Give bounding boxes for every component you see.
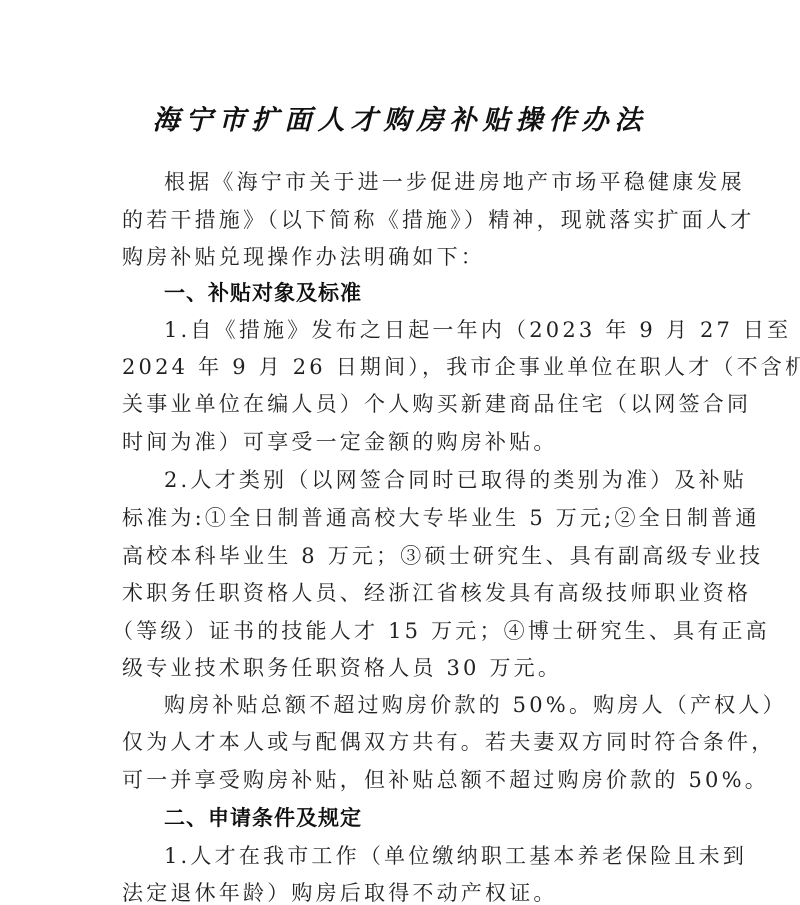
s1-item2-line-3: 高校本科毕业生 8 万元；③硕士研究生、具有副高级专业技 <box>122 542 682 570</box>
s1-item1-line-3: 关事业单位在编人员）个人购买新建商品住宅（以网签合同 <box>122 390 682 418</box>
intro-line-2: 的若干措施》（以下简称《措施》）精神，现就落实扩面人才 <box>122 206 682 234</box>
document-title: 海宁市扩面人才购房补贴操作办法 <box>0 98 800 137</box>
s1-note-line-2: 仅为人才本人或与配偶双方共有。若夫妻双方同时符合条件， <box>122 728 682 756</box>
s2-item1-line-2: 法定退休年龄）购房后取得不动产权证。 <box>122 879 682 905</box>
section-2-heading: 二、申请条件及规定 <box>164 804 682 832</box>
s1-item2-line-6: 级专业技术职务任职资格人员 30 万元。 <box>122 654 682 682</box>
s1-item2-line-5: （等级）证书的技能人才 15 万元；④博士研究生、具有正高 <box>112 617 672 645</box>
section-1-heading: 一、补贴对象及标准 <box>164 279 682 307</box>
s1-item2-line-2: 标准为:①全日制普通高校大专毕业生 5 万元;②全日制普通 <box>122 504 682 532</box>
s1-item1-line-2: 2024 年 9 月 26 日期间），我市企事业单位在职人才（不含机 <box>122 353 682 381</box>
s1-item1-line-1: 1.自《措施》发布之日起一年内（2023 年 9 月 27 日至 <box>164 316 682 344</box>
s1-item1-line-4: 时间为准）可享受一定金额的购房补贴。 <box>122 428 682 456</box>
s1-item2-line-1: 2.人才类别（以网签合同时已取得的类别为准）及补贴 <box>164 466 682 494</box>
s1-note-line-1: 购房补贴总额不超过购房价款的 50%。购房人（产权人） <box>164 691 682 719</box>
intro-line-1: 根据《海宁市关于进一步促进房地产市场平稳健康发展 <box>164 168 682 196</box>
s1-item2-line-4: 术职务任职资格人员、经浙江省核发具有高级技师职业资格 <box>122 579 682 607</box>
s2-item1-line-1: 1.人才在我市工作（单位缴纳职工基本养老保险且未到 <box>164 842 682 870</box>
intro-line-3: 购房补贴兑现操作办法明确如下： <box>122 243 682 271</box>
s1-note-line-3: 可一并享受购房补贴，但补贴总额不超过购房价款的 50%。 <box>122 766 682 794</box>
